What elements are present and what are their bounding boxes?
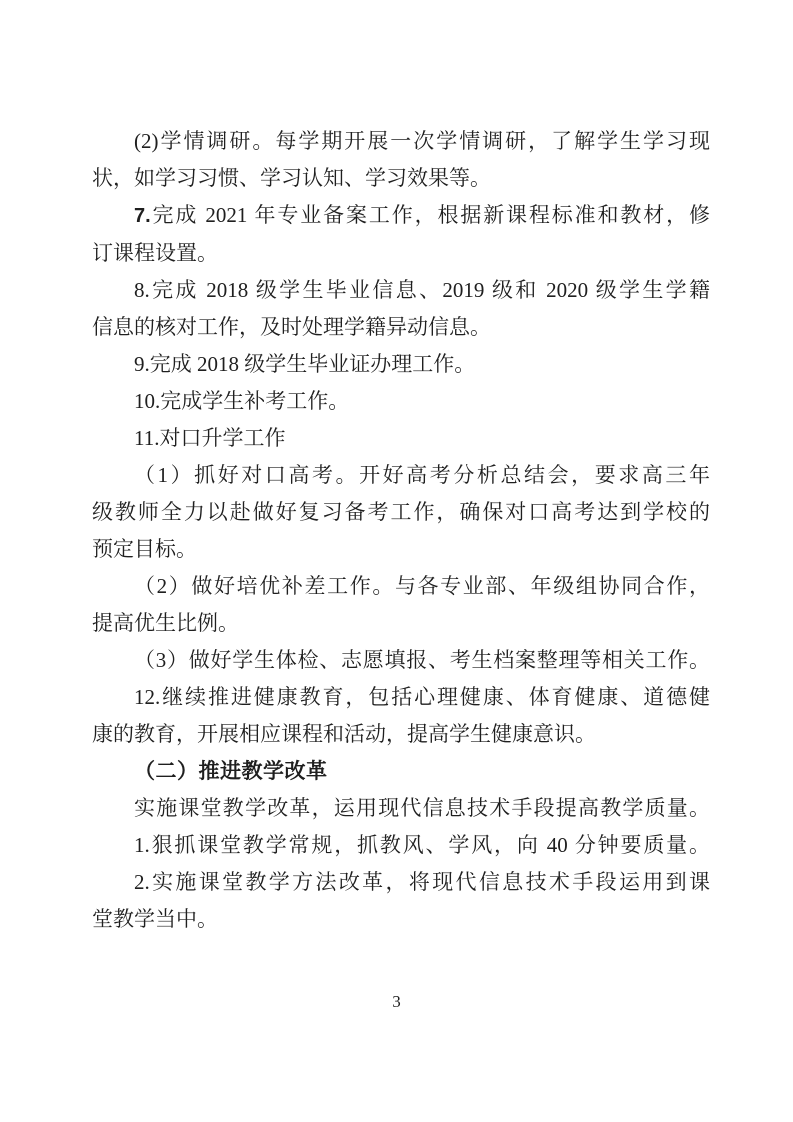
paragraph-line: （1）抓好对口高考。开好高考分析总结会，要求高三年	[92, 457, 710, 494]
list-number-bold: 7.	[134, 205, 151, 227]
paragraph-line: 12.继续推进健康教育，包括心理健康、体育健康、道德健	[92, 679, 710, 716]
paragraph-line: 8.完成 2018 级学生毕业信息、2019 级和 2020 级学生学籍	[92, 272, 710, 309]
paragraph-text: 完成 2021 年专业备案工作，根据新课程标准和教材，修	[151, 203, 710, 227]
document-page: (2)学情调研。每学期开展一次学情调研，了解学生学习现 状，如学习习惯、学习认知…	[0, 0, 793, 1122]
document-body: (2)学情调研。每学期开展一次学情调研，了解学生学习现 状，如学习习惯、学习认知…	[92, 123, 710, 938]
paragraph-line: 9.完成 2018 级学生毕业证办理工作。	[92, 346, 710, 383]
paragraph-line: 提高优生比例。	[92, 605, 710, 642]
paragraph-line: 7.完成 2021 年专业备案工作，根据新课程标准和教材，修	[92, 197, 710, 235]
paragraph-line: 2.实施课堂教学方法改革，将现代信息技术手段运用到课	[92, 864, 710, 901]
paragraph-line: (2)学情调研。每学期开展一次学情调研，了解学生学习现	[92, 123, 710, 160]
paragraph-line: 状，如学习习惯、学习认知、学习效果等。	[92, 160, 710, 197]
paragraph-line: 10.完成学生补考工作。	[92, 383, 710, 420]
paragraph-line: 信息的核对工作，及时处理学籍异动信息。	[92, 309, 710, 346]
paragraph-line: 实施课堂教学改革，运用现代信息技术手段提高教学质量。	[92, 790, 710, 827]
paragraph-line: 1.狠抓课堂教学常规，抓教风、学风，向 40 分钟要质量。	[92, 827, 710, 864]
paragraph-line: 11.对口升学工作	[92, 420, 710, 457]
paragraph-line: 康的教育，开展相应课程和活动，提高学生健康意识。	[92, 716, 710, 753]
paragraph-line: 预定目标。	[92, 531, 710, 568]
paragraph-line: （2）做好培优补差工作。与各专业部、年级组协同合作，	[92, 568, 710, 605]
paragraph-line: 级教师全力以赴做好复习备考工作，确保对口高考达到学校的	[92, 494, 710, 531]
page-number: 3	[0, 990, 793, 1014]
section-heading: （二）推进教学改革	[92, 753, 710, 790]
paragraph-line: 订课程设置。	[92, 235, 710, 272]
paragraph-line: （3）做好学生体检、志愿填报、考生档案整理等相关工作。	[92, 642, 710, 679]
paragraph-line: 堂教学当中。	[92, 901, 710, 938]
